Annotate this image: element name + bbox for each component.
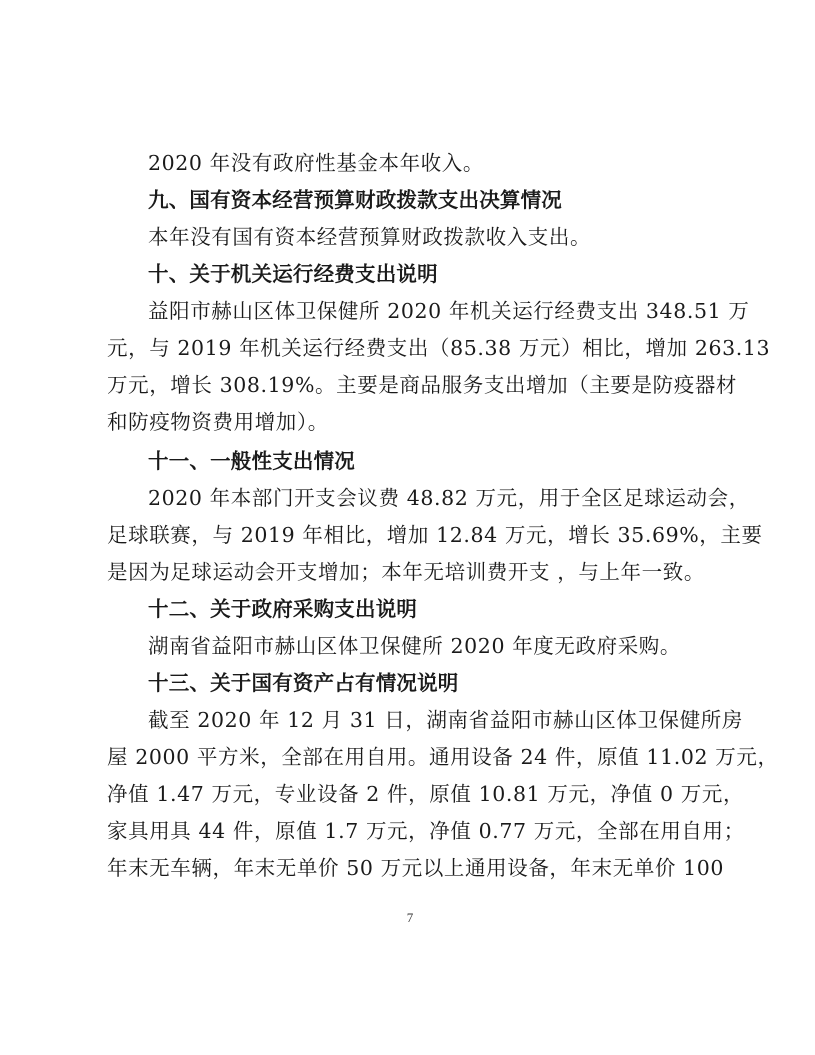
paragraph-line: 2020 年本部门开支会议费 48.82 万元，用于全区足球运动会， — [148, 483, 717, 513]
paragraph-line: 是因为足球运动会开支增加；本年无培训费开支 ，与上年一致。 — [107, 557, 717, 587]
paragraph-line: 万元，增长 308.19%。主要是商品服务支出增加（主要是防疫器材 — [107, 370, 717, 400]
paragraph-line: 湖南省益阳市赫山区体卫保健所 2020 年度无政府采购。 — [148, 631, 717, 661]
paragraph-line: 和防疫物资费用增加）。 — [107, 407, 717, 437]
section-heading-10: 十、关于机关运行经费支出说明 — [148, 259, 717, 289]
section-heading-13: 十三、关于国有资产占有情况说明 — [148, 668, 717, 698]
section-heading-11: 十一、一般性支出情况 — [148, 446, 717, 476]
section-heading-12: 十二、关于政府采购支出说明 — [148, 594, 717, 624]
paragraph-line: 屋 2000 平方米，全部在用自用。通用设备 24 件，原值 11.02 万元， — [107, 742, 717, 772]
paragraph-line: 截至 2020 年 12 月 31 日，湖南省益阳市赫山区体卫保健所房 — [148, 705, 717, 735]
paragraph-line: 益阳市赫山区体卫保健所 2020 年机关运行经费支出 348.51 万 — [148, 296, 717, 326]
paragraph-line: 足球联赛，与 2019 年相比，增加 12.84 万元，增长 35.69%，主要 — [107, 520, 717, 550]
paragraph-line: 年末无车辆，年末无单价 50 万元以上通用设备，年末无单价 100 — [107, 853, 717, 883]
paragraph-line: 元，与 2019 年机关运行经费支出（85.38 万元）相比，增加 263.13 — [107, 333, 717, 363]
document-page: 2020 年没有政府性基金本年收入。 九、国有资本经营预算财政拨款支出决算情况 … — [0, 0, 815, 1055]
section-heading-9: 九、国有资本经营预算财政拨款支出决算情况 — [148, 185, 717, 215]
paragraph-line: 本年没有国有资本经营预算财政拨款收入支出。 — [148, 222, 717, 252]
paragraph-line: 净值 1.47 万元，专业设备 2 件，原值 10.81 万元，净值 0 万元， — [107, 779, 717, 809]
paragraph-line: 家具用具 44 件，原值 1.7 万元，净值 0.77 万元，全部在用自用； — [107, 816, 717, 846]
page-number: 7 — [400, 910, 420, 926]
paragraph-line: 2020 年没有政府性基金本年收入。 — [148, 148, 717, 178]
